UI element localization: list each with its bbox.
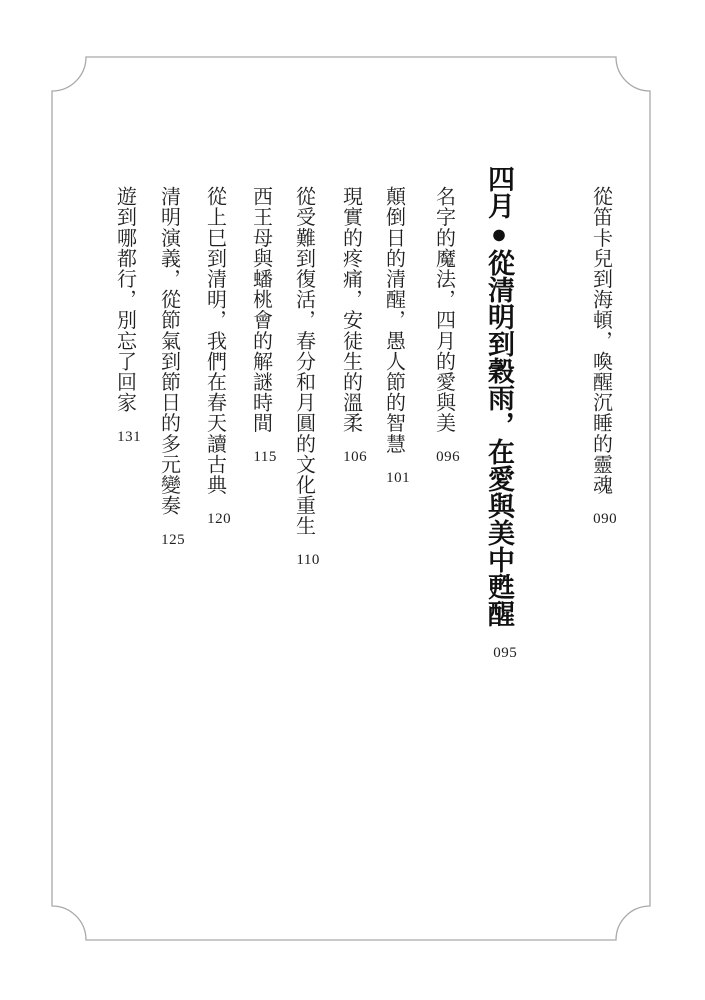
toc-entry: 清明演義，從節氣到節日的多元變奏125 — [158, 186, 186, 548]
book-page: 從笛卡兒到海頓，喚醒沉睡的靈魂090四月●從清明到穀雨，在愛與美中甦醒095名字… — [0, 0, 705, 1000]
toc-entry-text: 遊到哪都行，別忘了回家 — [114, 186, 136, 413]
toc-entry-text: 清明演義，從節氣到節日的多元變奏 — [158, 186, 180, 516]
toc-entry-text: 從受難到復活，春分和月圓的文化重生 — [293, 186, 315, 536]
toc-page-number: 090 — [593, 512, 617, 527]
toc-entry-text: 名字的魔法，四月的愛與美 — [433, 186, 455, 433]
toc-entry: 顛倒日的清醒，愚人節的智慧101 — [383, 186, 411, 486]
toc-page-number: 110 — [296, 553, 319, 568]
toc-page-number: 115 — [253, 450, 276, 465]
toc-entry-text: 西王母與蟠桃會的解謎時間 — [250, 186, 272, 433]
toc-entry: 遊到哪都行，別忘了回家131 — [114, 186, 142, 445]
toc-entry-text: 四月●從清明到穀雨，在愛與美中甦醒 — [484, 165, 514, 627]
toc-entry: 現實的疼痛，安徒生的溫柔106 — [340, 186, 368, 465]
toc-entry: 從受難到復活，春分和月圓的文化重生110 — [293, 186, 320, 568]
toc-entry-text: 顛倒日的清醒，愚人節的智慧 — [383, 186, 405, 454]
toc-page-number: 096 — [436, 450, 460, 465]
toc-entry-text: 從上巳到清明，我們在春天讀古典 — [204, 186, 226, 495]
toc-entry: 名字的魔法，四月的愛與美096 — [433, 186, 461, 465]
toc-page-number: 120 — [207, 512, 231, 527]
table-of-contents: 從笛卡兒到海頓，喚醒沉睡的靈魂090四月●從清明到穀雨，在愛與美中甦醒095名字… — [0, 0, 705, 1000]
toc-entry-text: 從笛卡兒到海頓，喚醒沉睡的靈魂 — [590, 186, 612, 495]
toc-entry: 西王母與蟠桃會的解謎時間115 — [250, 186, 277, 465]
toc-page-number: 095 — [493, 646, 517, 661]
toc-page-number: 131 — [117, 430, 141, 445]
chapter-title: 四月●從清明到穀雨，在愛與美中甦醒095 — [485, 165, 517, 661]
toc-entry: 從上巳到清明，我們在春天讀古典120 — [204, 186, 232, 527]
toc-page-number: 125 — [161, 533, 185, 548]
toc-page-number: 101 — [386, 471, 410, 486]
toc-page-number: 106 — [343, 450, 367, 465]
toc-entry-text: 現實的疼痛，安徒生的溫柔 — [340, 186, 362, 433]
toc-entry: 從笛卡兒到海頓，喚醒沉睡的靈魂090 — [590, 186, 618, 527]
